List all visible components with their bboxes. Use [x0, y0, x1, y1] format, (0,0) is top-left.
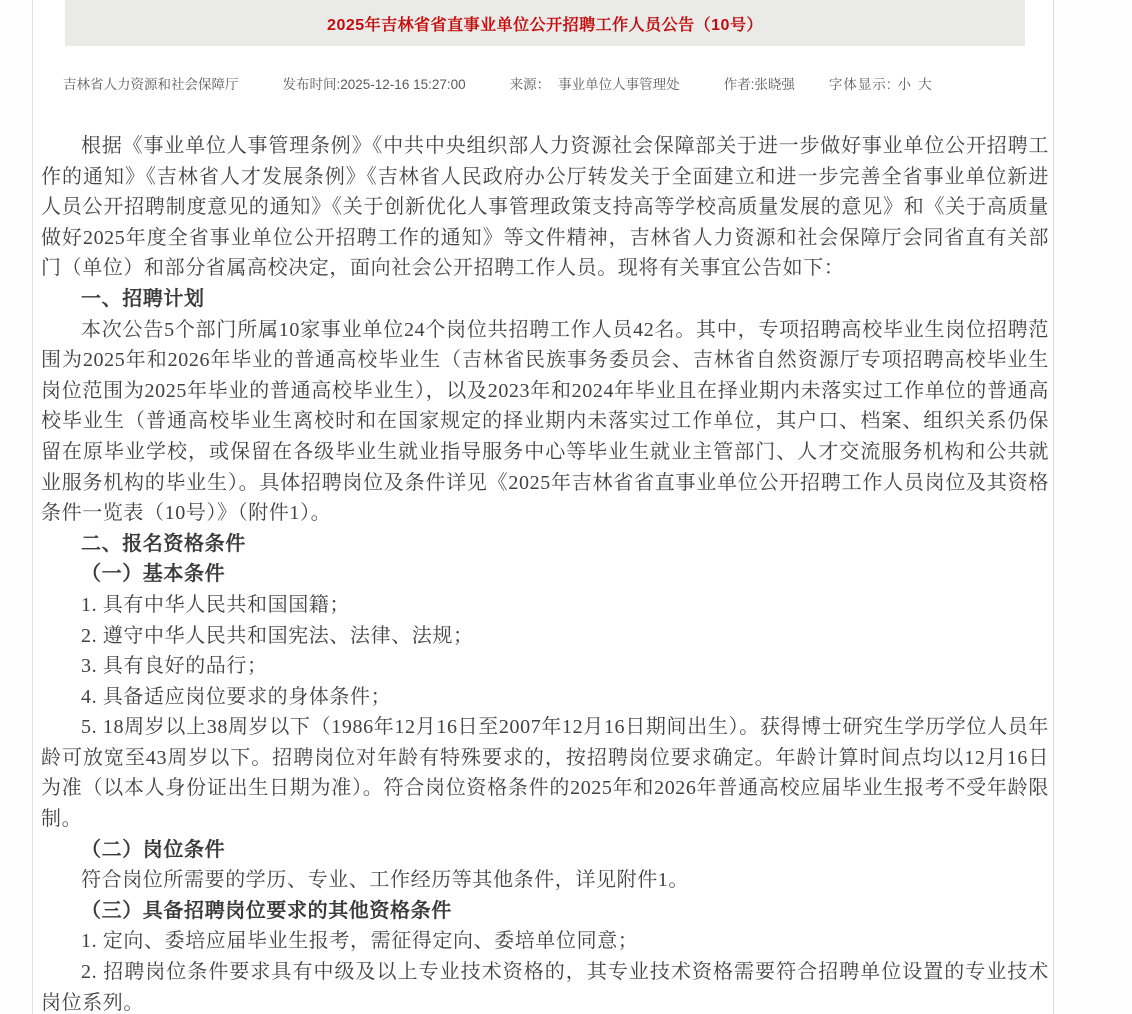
paragraph-plan-detail: 本次公告5个部门所属10家事业单位24个岗位共招聘工作人员42名。其中，专项招聘… [41, 315, 1049, 529]
font-small-button[interactable]: 小 [898, 77, 913, 92]
meta-author: 作者:张晓强 [724, 73, 795, 93]
font-size-label: 字体显示: [829, 77, 892, 92]
page-title: 2025年吉林省省直事业单位公开招聘工作人员公告（10号） [327, 12, 763, 35]
meta-publish-time: 发布时间:2025-12-16 15:27:00 [283, 73, 466, 93]
list-item-directed-grads: 1. 定向、委培应届毕业生报考，需征得定向、委培单位同意； [41, 926, 1049, 957]
meta-source-label: 来源： [510, 77, 551, 92]
meta-publish-value: 2025-12-16 15:27:00 [340, 77, 465, 92]
meta-author-value: 张晓强 [754, 77, 795, 92]
meta-author-label: 作者: [724, 77, 755, 92]
paragraph-intro: 根据《事业单位人事管理条例》《中共中央组织部人力资源社会保障部关于进一步做好事业… [41, 131, 1049, 284]
font-large-button[interactable]: 大 [918, 77, 933, 92]
section-heading-recruit-plan: 一、招聘计划 [41, 284, 1049, 315]
list-item-age: 5. 18周岁以上38周岁以下（1986年12月16日至2007年12月16日期… [41, 712, 1049, 834]
subheading-other-conditions: （三）具备招聘岗位要求的其他资格条件 [41, 896, 1049, 927]
meta-source: 来源：事业单位人事管理处 [510, 73, 680, 93]
meta-publish-label: 发布时间: [283, 77, 341, 92]
list-item-professional-title: 2. 招聘岗位条件要求具有中级及以上专业技术资格的，其专业技术资格需要符合招聘单… [41, 957, 1049, 1014]
list-item-nationality: 1. 具有中华人民共和国国籍； [41, 590, 1049, 621]
subheading-basic-conditions: （一）基本条件 [41, 559, 1049, 590]
meta-department: 吉林省人力资源和社会保障厅 [63, 73, 239, 93]
page: 2025年吉林省省直事业单位公开招聘工作人员公告（10号） 吉林省人力资源和社会… [0, 0, 1132, 1014]
list-item-law: 2. 遵守中华人民共和国宪法、法律、法规； [41, 621, 1049, 652]
list-item-physical: 4. 具备适应岗位要求的身体条件； [41, 682, 1049, 713]
meta-row: 吉林省人力资源和社会保障厅 发布时间:2025-12-16 15:27:00 来… [63, 46, 1023, 93]
meta-source-value: 事业单位人事管理处 [558, 77, 680, 92]
title-band: 2025年吉林省省直事业单位公开招聘工作人员公告（10号） [65, 0, 1025, 46]
list-item-conduct: 3. 具有良好的品行； [41, 651, 1049, 682]
subheading-post-conditions: （二）岗位条件 [41, 835, 1049, 866]
font-size-switch: 字体显示:小大 [829, 73, 933, 93]
paragraph-post-conditions: 符合岗位所需要的学历、专业、工作经历等其他条件，详见附件1。 [41, 865, 1049, 896]
section-heading-eligibility: 二、报名资格条件 [41, 529, 1049, 560]
document-body: 根据《事业单位人事管理条例》《中共中央组织部人力资源社会保障部关于进一步做好事业… [41, 131, 1049, 1014]
content-frame: 2025年吉林省省直事业单位公开招聘工作人员公告（10号） 吉林省人力资源和社会… [32, 0, 1054, 1014]
